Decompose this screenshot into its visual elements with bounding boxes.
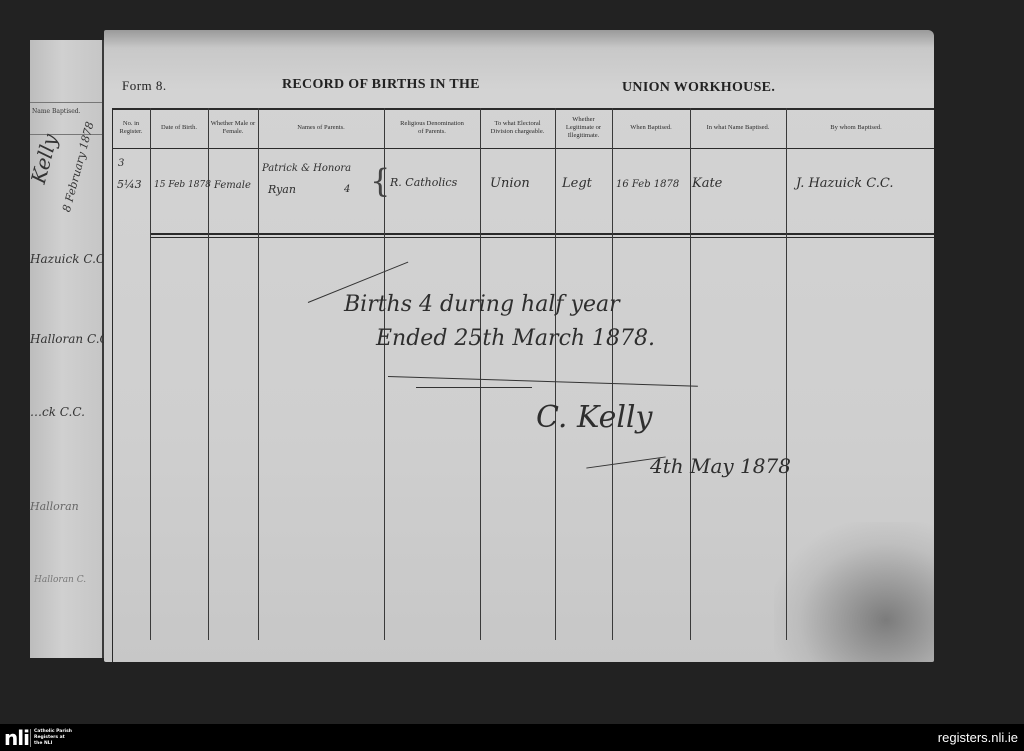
cell-register-no: 5¼3 bbox=[117, 178, 142, 191]
left-page-entry: Hazuick C.C. bbox=[30, 252, 108, 266]
summary-line-2: Ended 25th March 1878. bbox=[376, 326, 655, 351]
column-divider bbox=[555, 108, 556, 640]
left-facing-page: Name Baptised. Kelly 8 February 1878 Haz… bbox=[30, 40, 110, 658]
summary-underline bbox=[388, 376, 698, 387]
header-when-baptised: When Baptised. bbox=[612, 108, 690, 148]
cell-by-whom: J. Hazuick C.C. bbox=[796, 176, 893, 191]
cell-electoral-division: Union bbox=[490, 176, 530, 191]
column-divider bbox=[480, 108, 481, 640]
left-page-entry: Halloran bbox=[30, 500, 79, 513]
cell-parents-line2: Ryan bbox=[268, 183, 296, 196]
header-parents: Names of Parents. bbox=[258, 108, 384, 148]
header-religion: Religious Denomination of Parents. bbox=[384, 108, 480, 148]
signature-date: 4th May 1878 bbox=[650, 454, 791, 478]
summary-line-1: Births 4 during half year bbox=[344, 292, 620, 317]
column-divider bbox=[612, 108, 613, 640]
site-link[interactable]: registers.nli.ie bbox=[938, 730, 1018, 745]
header-legitimacy: Whether Legitimate or Illegitimate. bbox=[555, 108, 612, 148]
cell-legitimacy: Legt bbox=[562, 176, 592, 191]
header-electoral-division: To what Electoral Division chargeable. bbox=[480, 108, 555, 148]
cell-name-baptised: Kate bbox=[692, 176, 722, 191]
left-margin-rule bbox=[112, 110, 113, 662]
left-page-entry: Halloran C. bbox=[34, 575, 86, 585]
image-viewer: Name Baptised. Kelly 8 February 1878 Haz… bbox=[0, 0, 1024, 724]
register-page: Form 8. RECORD OF BIRTHS IN THE UNION WO… bbox=[104, 30, 934, 662]
header-name-baptised: In what Name Baptised. bbox=[690, 108, 786, 148]
column-divider bbox=[258, 108, 259, 640]
register-title-part1: RECORD OF BIRTHS IN THE bbox=[282, 77, 480, 93]
nli-logo[interactable]: nli bbox=[4, 728, 29, 748]
header-by-whom: By whom Baptised. bbox=[786, 108, 926, 148]
logo-subtitle: Catholic Parish Registers at the NLI bbox=[34, 729, 74, 747]
cell-when-baptised: 16 Feb 1878 bbox=[616, 179, 679, 190]
cell-register-no-top: 3 bbox=[118, 158, 124, 169]
viewer-footer: nli Catholic Parish Registers at the NLI… bbox=[0, 724, 1024, 751]
column-divider bbox=[786, 108, 787, 640]
cell-religion: R. Catholics bbox=[390, 176, 457, 189]
cell-date-of-birth: 15 Feb 1878 bbox=[154, 180, 211, 190]
logo-divider bbox=[30, 729, 31, 747]
parents-brace: { bbox=[370, 162, 390, 200]
header-bottom-rule bbox=[112, 148, 934, 149]
header-no-in-register: No. in Register. bbox=[112, 108, 150, 148]
left-page-rule bbox=[30, 102, 110, 103]
column-divider bbox=[150, 108, 151, 640]
header-sex: Whether Male or Female. bbox=[208, 108, 258, 148]
cell-sex: Female bbox=[214, 180, 251, 191]
row-double-rule bbox=[150, 233, 934, 235]
header-date-of-birth: Date of Birth. bbox=[150, 108, 208, 148]
cell-parents-mark: 4 bbox=[344, 184, 350, 195]
signature: C. Kelly bbox=[536, 400, 652, 435]
left-page-header: Name Baptised. bbox=[32, 108, 81, 115]
summary-underline-short bbox=[416, 387, 532, 388]
page-stain bbox=[774, 522, 934, 662]
form-number: Form 8. bbox=[122, 78, 167, 94]
row-double-rule bbox=[150, 237, 934, 238]
column-divider bbox=[690, 108, 691, 640]
left-page-entry: …ck C.C. bbox=[30, 405, 85, 419]
left-page-entry: Halloran C.C. bbox=[30, 332, 112, 346]
left-page-entry: Kelly bbox=[26, 131, 62, 186]
cell-parents-line1: Patrick & Honora bbox=[262, 163, 351, 174]
register-title-part2: UNION WORKHOUSE. bbox=[622, 80, 775, 96]
